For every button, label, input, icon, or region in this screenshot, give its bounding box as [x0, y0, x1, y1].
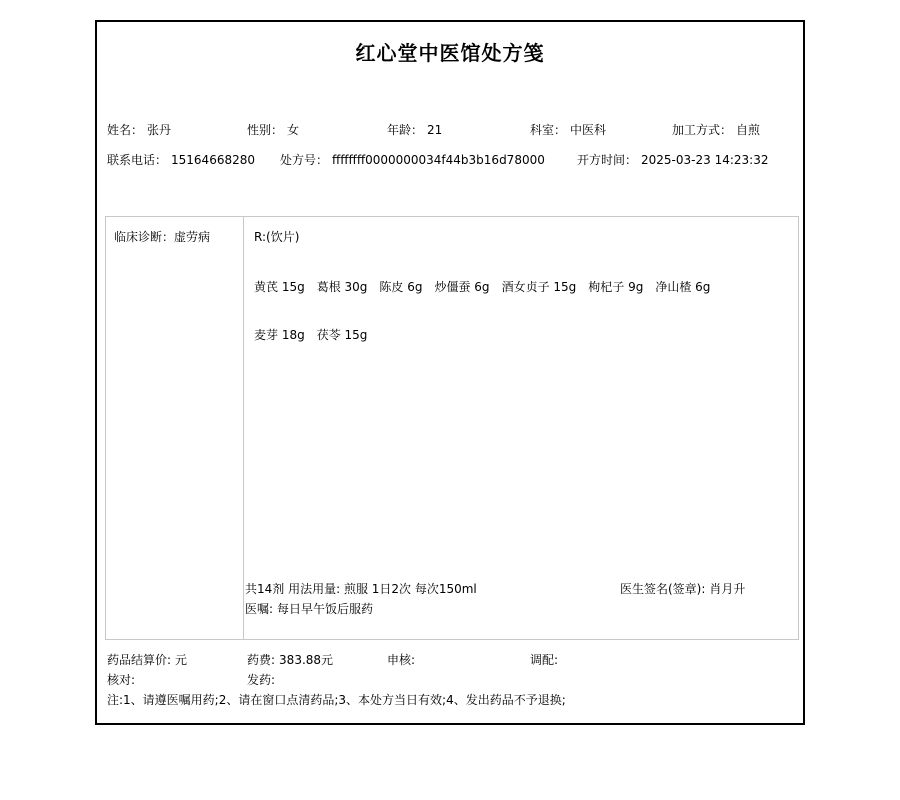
settlement-price-field: 药品结算价:元: [107, 652, 187, 668]
column-divider: [243, 217, 244, 639]
dispense-label: 发药:: [247, 673, 275, 687]
check-field: 核对:: [107, 672, 139, 688]
medicine-item: 净山楂 6g: [655, 280, 710, 294]
dosage-usage-line: 共14剂 用法用量: 煎服 1日2次 每次150ml: [245, 581, 477, 597]
prescription-time-label: 开方时间：: [577, 153, 637, 167]
medical-advice-value: 每日早午饭后服药: [277, 602, 373, 616]
medicine-item: 黄芪 15g: [254, 280, 305, 294]
patient-name-field: 姓名：张丹: [107, 122, 171, 138]
doctor-signature-value: 肖月升: [709, 582, 745, 596]
clinical-diagnosis-value: 虚劳病: [174, 230, 210, 244]
medicine-line: 麦芽 18g茯苓 15g: [254, 327, 794, 343]
medical-advice-label: 医嘱:: [245, 602, 273, 616]
settlement-price-value: 元: [175, 653, 187, 667]
gender-label: 性别：: [247, 123, 283, 137]
review-label: 申核:: [387, 653, 415, 667]
age-label: 年龄：: [387, 123, 423, 137]
medical-advice-field: 医嘱:每日早午饭后服药: [245, 601, 373, 617]
clinical-diagnosis-field: 临床诊断：虚劳病: [114, 229, 210, 245]
department-value: 中医科: [570, 123, 606, 137]
department-field: 科室：中医科: [530, 122, 606, 138]
prescription-time-value: 2025-03-23 14:23:32: [641, 153, 768, 167]
medicine-item: 炒僵蚕 6g: [434, 280, 489, 294]
prescription-number-field: 处方号：ffffffff0000000034f44b3b16d78000: [280, 152, 545, 168]
prescription-sheet: 红心堂中医馆处方笺 姓名：张丹 性别：女 年龄：21 科室：中医科 加工方式：自…: [95, 20, 805, 725]
dispense-field: 发药:: [247, 672, 279, 688]
doctor-signature-field: 医生签名(签章):肖月升: [620, 581, 745, 597]
medicine-line: 黄芪 15g葛根 30g陈皮 6g炒僵蚕 6g酒女贞子 15g枸杞子 9g净山楂…: [254, 279, 794, 295]
medicine-fee-field: 药费:383.88元: [247, 652, 333, 668]
medicine-item: 茯苓 15g: [317, 328, 368, 342]
age-field: 年龄：21: [387, 122, 442, 138]
medicine-item: 枸杞子 9g: [588, 280, 643, 294]
medicine-fee-value: 383.88元: [279, 653, 333, 667]
medicine-list: 黄芪 15g葛根 30g陈皮 6g炒僵蚕 6g酒女贞子 15g枸杞子 9g净山楂…: [254, 279, 794, 375]
note-line: 注:1、请遵医嘱用药;2、请在窗口点清药品;3、本处方当日有效;4、发出药品不予…: [107, 692, 566, 708]
age-value: 21: [427, 123, 442, 137]
patient-name-value: 张丹: [147, 123, 171, 137]
review-field: 申核:: [387, 652, 419, 668]
phone-field: 联系电话：15164668280: [107, 152, 255, 168]
phone-label: 联系电话：: [107, 153, 167, 167]
processing-method-field: 加工方式：自煎: [672, 122, 760, 138]
medicine-item: 麦芽 18g: [254, 328, 305, 342]
phone-value: 15164668280: [171, 153, 255, 167]
gender-value: 女: [287, 123, 299, 137]
medicine-item: 陈皮 6g: [379, 280, 422, 294]
medicine-fee-label: 药费:: [247, 653, 275, 667]
prepare-label: 调配:: [530, 653, 558, 667]
medicine-item: 葛根 30g: [317, 280, 368, 294]
page-title: 红心堂中医馆处方笺: [97, 37, 803, 66]
processing-method-value: 自煎: [736, 123, 760, 137]
prepare-field: 调配:: [530, 652, 562, 668]
settlement-price-label: 药品结算价:: [107, 653, 171, 667]
gender-field: 性别：女: [247, 122, 299, 138]
patient-name-label: 姓名：: [107, 123, 143, 137]
prescription-number-value: ffffffff0000000034f44b3b16d78000: [332, 153, 545, 167]
check-label: 核对:: [107, 673, 135, 687]
department-label: 科室：: [530, 123, 566, 137]
processing-method-label: 加工方式：: [672, 123, 732, 137]
rx-header: R:(饮片): [254, 229, 299, 245]
medicine-item: 酒女贞子 15g: [502, 280, 577, 294]
doctor-signature-label: 医生签名(签章):: [620, 582, 705, 596]
clinical-diagnosis-label: 临床诊断：: [114, 230, 174, 244]
prescription-time-field: 开方时间：2025-03-23 14:23:32: [577, 152, 768, 168]
prescription-detail-box: 临床诊断：虚劳病 R:(饮片) 黄芪 15g葛根 30g陈皮 6g炒僵蚕 6g酒…: [105, 216, 799, 640]
prescription-page: 红心堂中医馆处方笺 姓名：张丹 性别：女 年龄：21 科室：中医科 加工方式：自…: [0, 0, 900, 800]
prescription-number-label: 处方号：: [280, 153, 328, 167]
